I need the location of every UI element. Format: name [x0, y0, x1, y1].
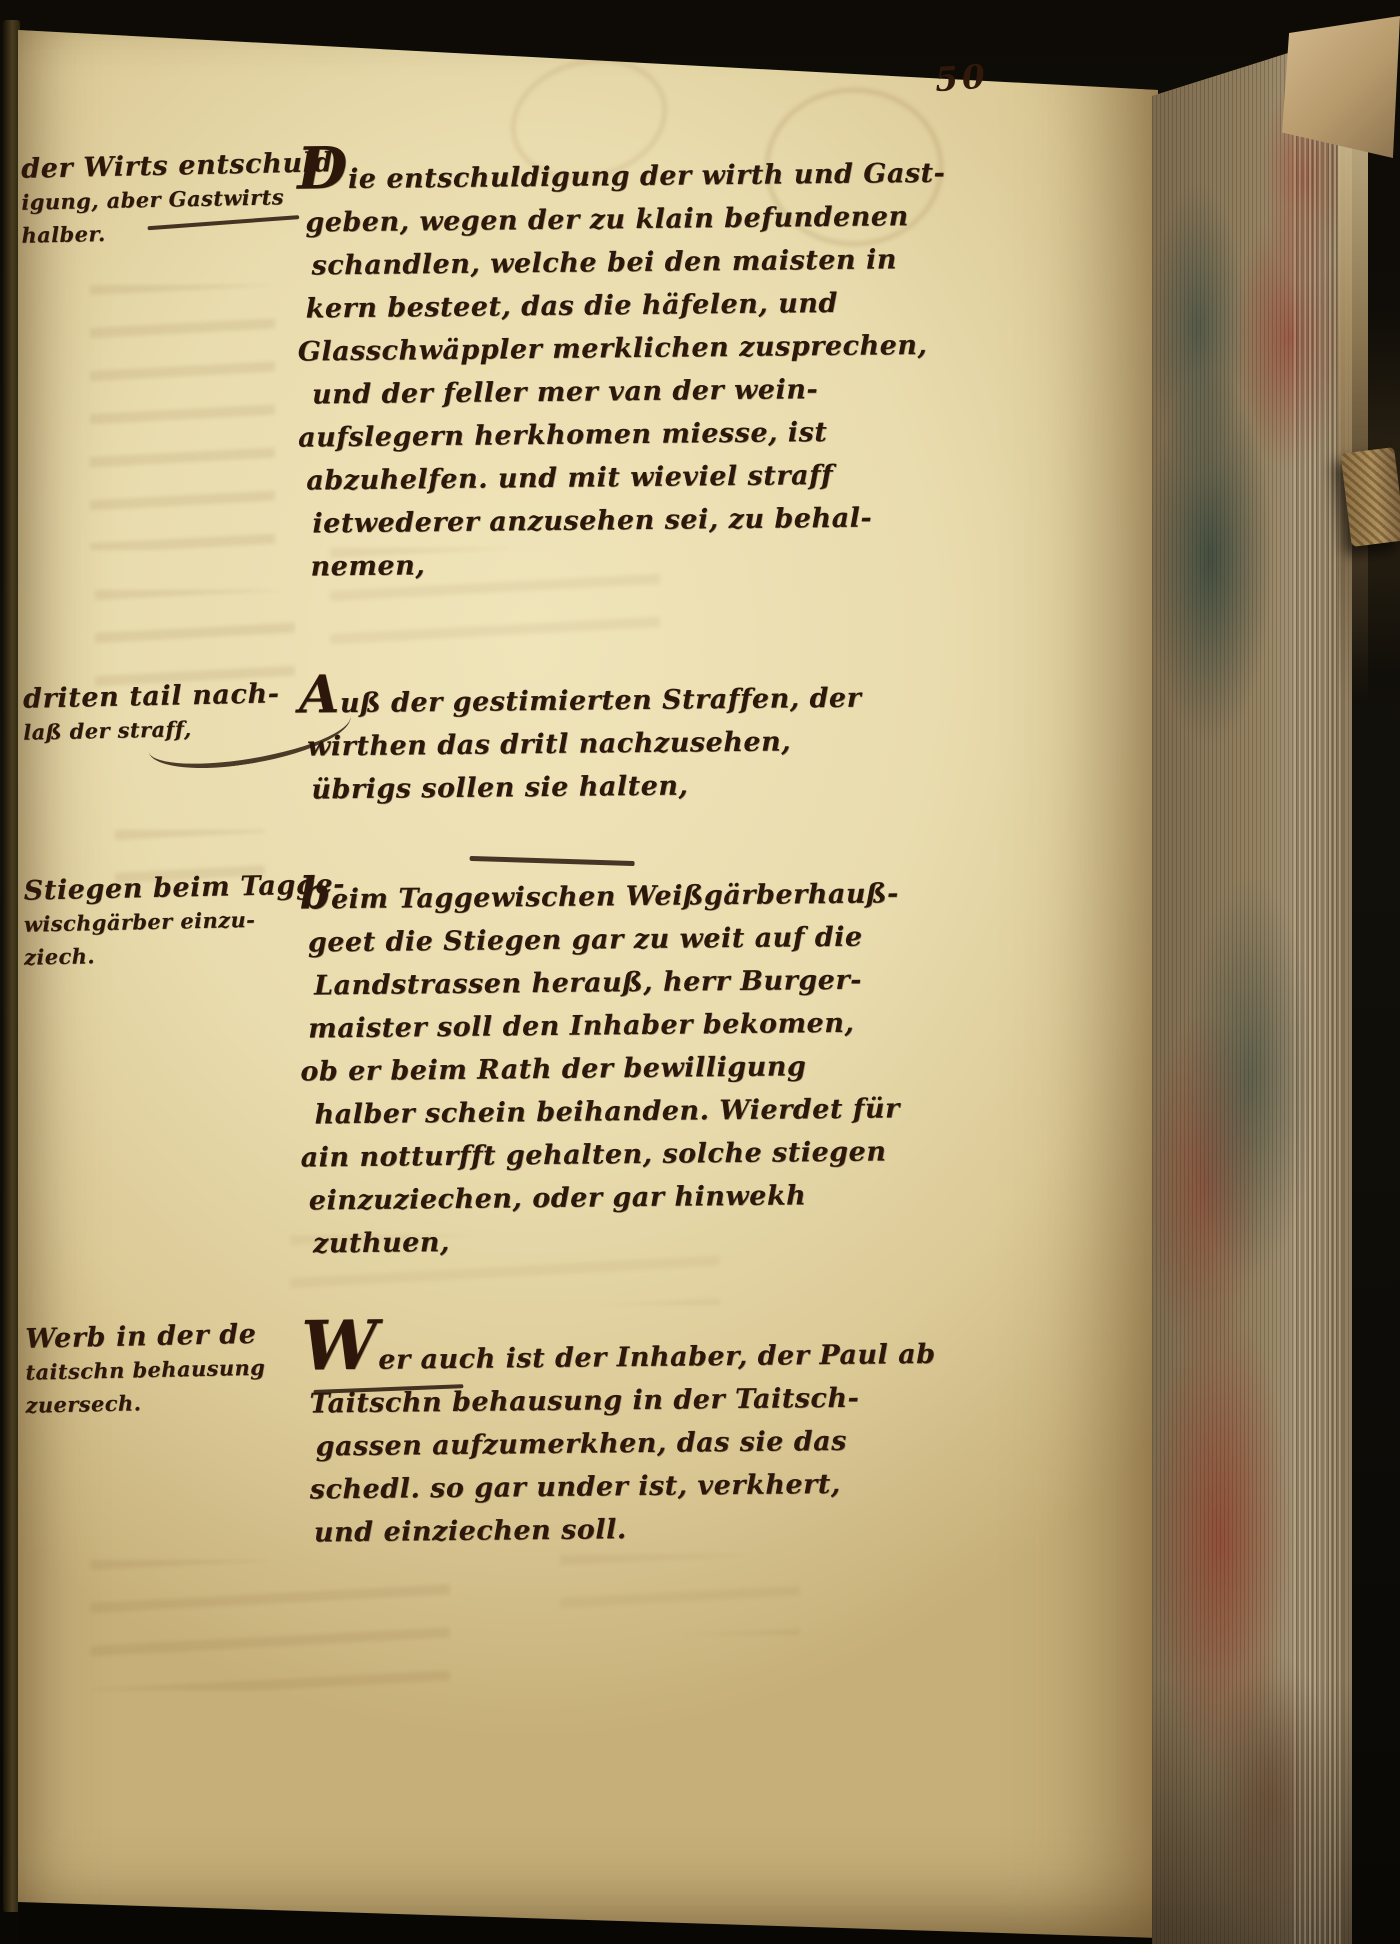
text-line: Glasschwäppler merklichen zusprechen, — [298, 324, 918, 373]
text-line: ain notturfft gehalten, solche stiegen — [300, 1130, 920, 1179]
text-line: aufslegern herkhomen miesse, ist — [298, 410, 918, 459]
manuscript-photo: 50 der Wirts entschuld-igung, aber Gastw… — [0, 0, 1400, 1944]
text-line: schandlen, welche bei den maisten in — [311, 238, 917, 287]
text-line: kern besteet, das die häfelen, und — [305, 281, 917, 330]
text-line: Taitschn behausung in der Taitsch- — [309, 1376, 921, 1425]
text-line: Wer auch ist der Inhaber, der Paul ab — [301, 1315, 922, 1382]
entry-block-2: driten tail nach-laß der straff, Auß der… — [0, 670, 1149, 674]
entry-block-4: Werb in der detaitschn behausungzuersech… — [1, 1310, 1151, 1314]
text-line: geben, wegen der zu klain befundenen — [305, 195, 917, 244]
binding-strap — [1340, 447, 1400, 547]
text-line: Landstrassen herauß, herr Burger- — [314, 958, 920, 1007]
text-line: geet die Stiegen gar zu weit auf die — [308, 915, 920, 964]
text-line: ietwederer anzusehen sei, zu behal- — [312, 496, 918, 545]
entry-block-3: Stiegen beim Tagge-wischgärber einzu-zie… — [0, 864, 1150, 868]
entry-body-text: Wer auch ist der Inhaber, der Paul abTai… — [301, 1317, 922, 1552]
text-line: maister soll den Inhaber bekomen, — [308, 1001, 920, 1050]
text-line: zuthuen, — [313, 1216, 921, 1265]
text-line: ziech. — [24, 935, 297, 974]
text-line: Die entschuldigung der wirth und Gast- — [297, 141, 918, 201]
text-line: Auß der gestimierten Straffen, der — [299, 669, 919, 725]
folio-number: 50 — [934, 54, 1027, 99]
margin-note: Werb in der detaitschn behausungzuersech… — [25, 1319, 297, 1419]
entry-body-text: Auß der gestimierten Straffen, derwirthe… — [299, 671, 919, 809]
entry-body-text: Die entschuldigung der wirth und Gast-ge… — [297, 143, 919, 586]
margin-note: der Wirts entschuld-igung, aber Gastwirt… — [21, 149, 293, 249]
text-line: einzuziechen, oder gar hinwekh — [309, 1173, 921, 1222]
text-line: und der feller mer van der wein- — [312, 367, 918, 416]
text-line: schedl. so gar under ist, verkhert, — [310, 1462, 922, 1511]
text-line: abzuhelfen. und mit wieviel straff — [306, 453, 918, 502]
text-line: halber schein beihanden. Wierdet für — [314, 1087, 920, 1136]
text-line: ob er beim Rath der bewilligung — [300, 1044, 920, 1093]
text-line: nemen, — [310, 539, 918, 588]
text-line: gassen aufzumerkhen, das sie das — [315, 1419, 921, 1468]
text-line: wirthen das dritl nachzusehen, — [307, 719, 919, 768]
entry-block-1: der Wirts entschuld-igung, aber Gastwirt… — [0, 138, 1147, 142]
text-line: übrigs sollen sie halten, — [311, 762, 919, 811]
text-line: beim Taggewischen Weißgärberhauß- — [300, 871, 920, 921]
text-line: zuersech. — [25, 1383, 298, 1422]
entry-body-text: beim Taggewischen Weißgärberhauß-geet di… — [300, 873, 921, 1263]
margin-note: Stiegen beim Tagge-wischgärber einzu-zie… — [24, 871, 296, 971]
ink-overline-flourish — [470, 856, 635, 866]
text-line: und einziechen soll. — [314, 1505, 922, 1554]
book-fore-edge — [1152, 38, 1352, 1944]
